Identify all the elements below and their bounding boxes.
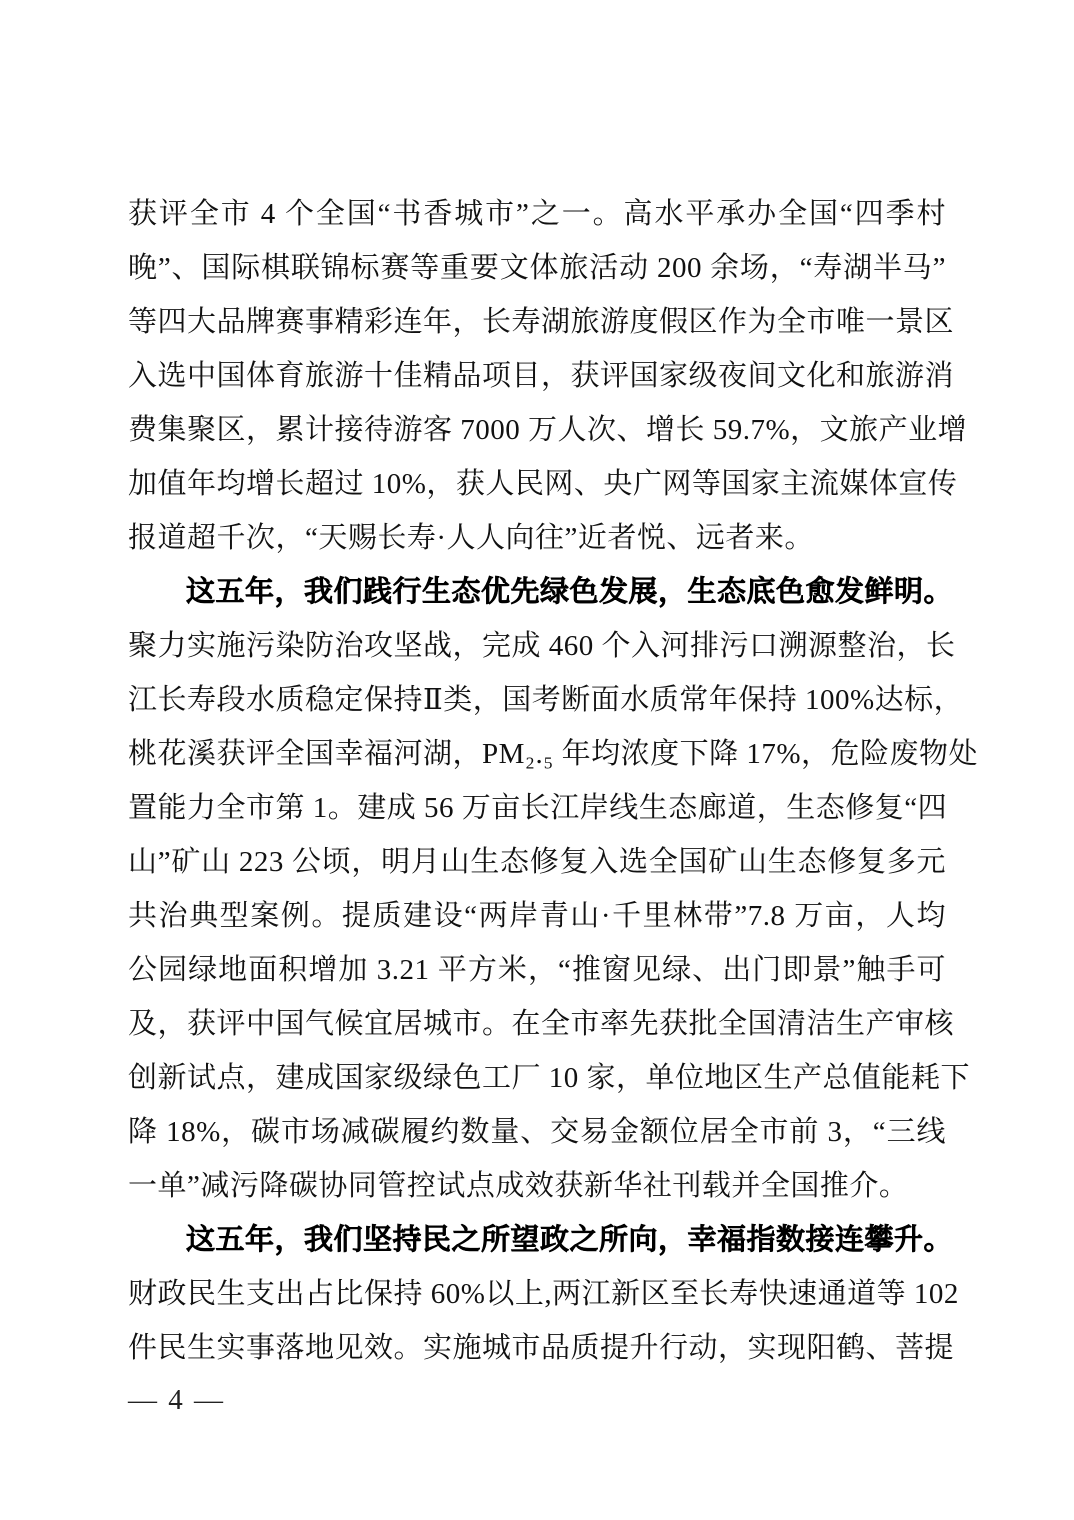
text-line: 降 18%，碳市场减碳履约数量、交易金额位居全市前 3，“三线 [128,1105,946,1159]
page-number: — 4 — [128,1383,946,1417]
text-line: 加值年均增长超过 10%，获人民网、央广网等国家主流媒体宣传 [128,457,946,511]
text-line: 桃花溪获评全国幸福河湖，PM₂.₅ 年均浓度下降 17%，危险废物处 [128,727,946,781]
text-line: 聚力实施污染防治攻坚战，完成 460 个入河排污口溯源整治，长 [128,619,946,673]
text-line: 山”矿山 223 公顷，明月山生态修复入选全国矿山生态修复多元 [128,835,946,889]
text-line: 及，获评中国气候宜居城市。在全市率先获批全国清洁生产审核 [128,997,946,1051]
text-line: 件民生实事落地见效。实施城市品质提升行动，实现阳鹤、菩提 [128,1321,946,1375]
text-line: 共治典型案例。提质建设“两岸青山·千里林带”7.8 万亩，人均 [128,889,946,943]
section-heading-livelihood: 这五年，我们坚持民之所望政之所向，幸福指数接连攀升。 [128,1213,946,1267]
text-line: 江长寿段水质稳定保持Ⅱ类，国考断面水质常年保持 100%达标， [128,673,946,727]
text-line-paragraph-end: 报道超千次，“天赐长寿·人人向往”近者悦、远者来。 [128,511,946,565]
section-heading-ecology: 这五年，我们践行生态优先绿色发展，生态底色愈发鲜明。 [128,565,946,619]
text-line: 创新试点，建成国家级绿色工厂 10 家，单位地区生产总值能耗下 [128,1051,946,1105]
text-line: 等四大品牌赛事精彩连年，长寿湖旅游度假区作为全市唯一景区 [128,295,946,349]
text-line: 置能力全市第 1。建成 56 万亩长江岸线生态廊道，生态修复“四 [128,781,946,835]
text-line: 入选中国体育旅游十佳精品项目，获评国家级夜间文化和旅游消 [128,349,946,403]
text-line-paragraph-end: 一单”减污降碳协同管控试点成效获新华社刊载并全国推介。 [128,1159,946,1213]
text-line: 费集聚区，累计接待游客 7000 万人次、增长 59.7%，文旅产业增 [128,403,946,457]
text-line: 晚”、国际棋联锦标赛等重要文体旅活动 200 余场，“寿湖半马” [128,241,946,295]
text-line: 财政民生支出占比保持 60%以上,两江新区至长寿快速通道等 102 [128,1267,946,1321]
text-line: 获评全市 4 个全国“书香城市”之一。高水平承办全国“四季村 [128,187,946,241]
text-line: 公园绿地面积增加 3.21 平方米，“推窗见绿、出门即景”触手可 [128,943,946,997]
report-body: 获评全市 4 个全国“书香城市”之一。高水平承办全国“四季村 晚”、国际棋联锦标… [128,187,946,1375]
document-page: 获评全市 4 个全国“书香城市”之一。高水平承办全国“四季村 晚”、国际棋联锦标… [0,0,1074,1520]
